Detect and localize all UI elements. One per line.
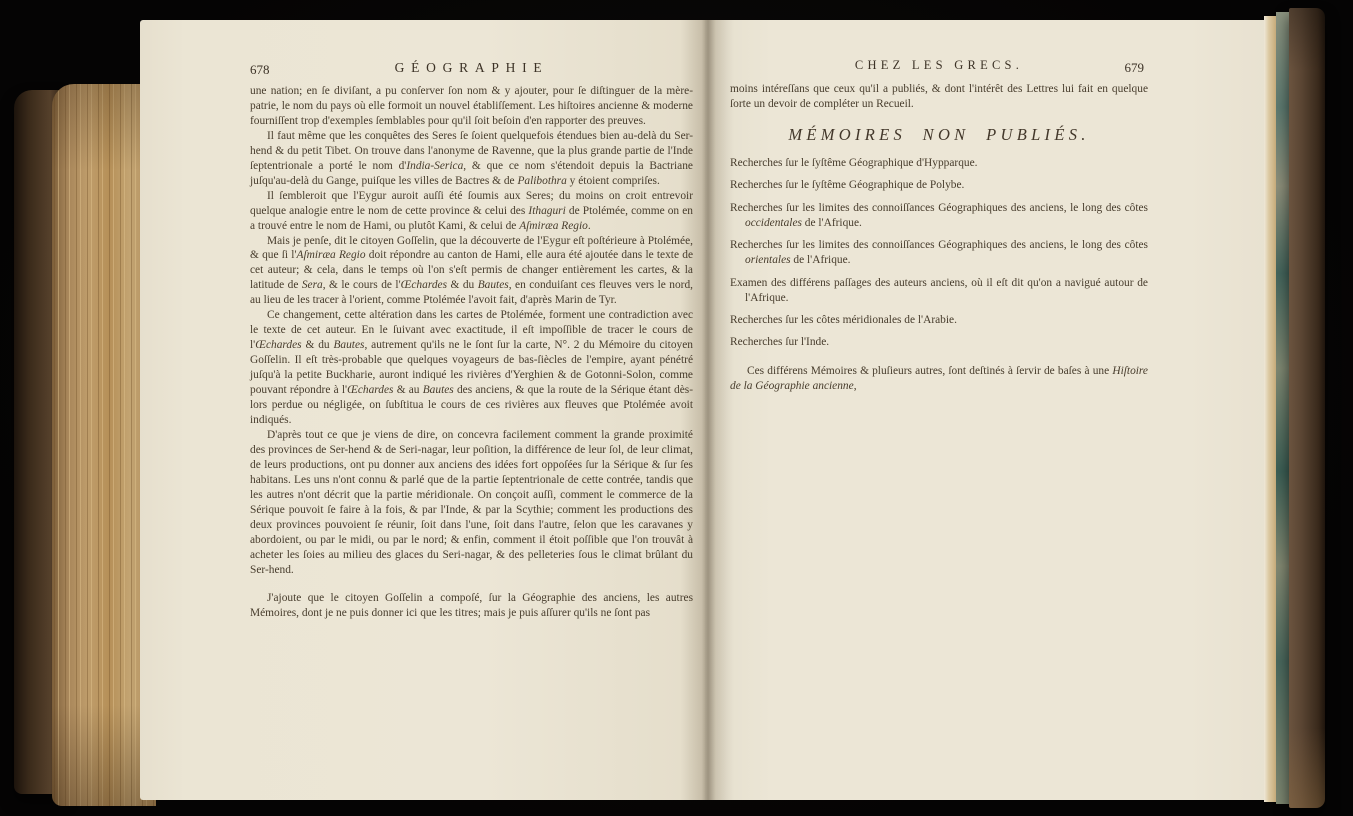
memoir-list: Recherches ſur le ſyſtême Géographique d… <box>730 156 1148 351</box>
memoir-list-item: Recherches ſur les côtes méridionales de… <box>730 313 1148 328</box>
text-run: Recherches ſur les limites des connoiſſa… <box>730 239 1148 251</box>
text-run: une nation; en ſe diviſant, a pu conſerv… <box>250 85 693 127</box>
paragraph: D'après tout ce que je viens de dire, on… <box>250 428 693 578</box>
paragraph: Il ſembleroit que l'Eygur auroit auſſi é… <box>250 189 693 234</box>
text-run: Recherches ſur l'Inde. <box>730 336 829 348</box>
left-running-header: GÉOGRAPHIE <box>250 60 693 76</box>
text-run: Examen des différens paſſages des auteur… <box>730 277 1148 304</box>
book-cover-right <box>1289 8 1325 808</box>
memoir-list-item: Recherches ſur le ſyſtême Géographique d… <box>730 178 1148 193</box>
italic-text-run: Aſmiræa Regio <box>519 220 588 232</box>
right-running-header: CHEZ LES GRECS. <box>730 58 1148 73</box>
right-page-content: CHEZ LES GRECS. 679 moins intéreſſans qu… <box>730 58 1148 394</box>
italic-text-run: Sera <box>302 279 323 291</box>
italic-text-run: Œchardes <box>255 339 301 351</box>
text-run: Recherches ſur les côtes méridionales de… <box>730 314 957 326</box>
text-run: , & le cours de l' <box>323 279 401 291</box>
text-run: de l'Afrique. <box>802 217 862 229</box>
right-page-intro-text: moins intéreſſans que ceux qu'il a publi… <box>730 82 1148 112</box>
text-run: Recherches ſur le ſyſtême Géographique d… <box>730 157 978 169</box>
text-run: y étoient compriſes. <box>567 175 660 187</box>
italic-text-run: India-Serica <box>406 160 463 172</box>
text-run: de l'Afrique. <box>791 254 851 266</box>
italic-text-run: Œchardes <box>347 384 393 396</box>
right-page-number: 679 <box>1125 60 1145 76</box>
italic-text-run: occidentales <box>745 217 802 229</box>
left-page-header: 678 GÉOGRAPHIE <box>250 60 693 80</box>
text-run: J'ajoute que le citoyen Goſſelin a compo… <box>250 592 693 619</box>
italic-text-run: Palibothra <box>517 175 566 187</box>
paragraph: Mais je penſe, dit le citoyen Goſſelin, … <box>250 234 693 309</box>
right-page-closing-text: Ces différens Mémoires & pluſieurs autre… <box>730 364 1148 394</box>
text-run: & du <box>447 279 478 291</box>
memoir-list-item: Recherches ſur l'Inde. <box>730 335 1148 350</box>
left-page: 678 GÉOGRAPHIE une nation; en ſe diviſan… <box>140 20 705 800</box>
memoir-list-item: Recherches ſur les limites des connoiſſa… <box>730 238 1148 268</box>
text-run: Ces différens Mémoires & pluſieurs autre… <box>747 365 1112 377</box>
right-page-header: CHEZ LES GRECS. 679 <box>730 58 1148 78</box>
paragraph: moins intéreſſans que ceux qu'il a publi… <box>730 82 1148 112</box>
text-run: & au <box>393 384 422 396</box>
paragraph: Ce changement, cette altération dans les… <box>250 308 693 428</box>
paragraph: Il faut même que les conquêtes des Seres… <box>250 129 693 189</box>
right-page: CHEZ LES GRECS. 679 moins intéreſſans qu… <box>705 20 1270 800</box>
text-run: moins intéreſſans que ceux qu'il a publi… <box>730 83 1148 110</box>
paragraph: Ces différens Mémoires & pluſieurs autre… <box>730 364 1148 394</box>
left-page-content: 678 GÉOGRAPHIE une nation; en ſe diviſan… <box>250 60 693 621</box>
italic-text-run: Bautes <box>478 279 509 291</box>
text-run: , <box>854 380 857 392</box>
text-run: Recherches ſur le ſyſtême Géographique d… <box>730 179 964 191</box>
italic-text-run: Œchardes <box>401 279 447 291</box>
section-heading: MÉMOIRES NON PUBLIÉS. <box>730 125 1148 145</box>
italic-text-run: Aſmiræa Regio <box>297 249 366 261</box>
memoir-list-item: Recherches ſur le ſyſtême Géographique d… <box>730 156 1148 171</box>
text-run: & du <box>302 339 334 351</box>
paragraph: J'ajoute que le citoyen Goſſelin a compo… <box>250 591 693 621</box>
memoir-list-item: Recherches ſur les limites des connoiſſa… <box>730 201 1148 231</box>
memoir-list-item: Examen des différens paſſages des auteur… <box>730 276 1148 306</box>
text-run: Recherches ſur les limites des connoiſſa… <box>730 202 1148 214</box>
italic-text-run: Bautes <box>423 384 454 396</box>
marbled-endpaper-edge <box>1276 12 1289 804</box>
italic-text-run: Bautes <box>333 339 364 351</box>
text-run: D'après tout ce que je viens de dire, on… <box>250 429 693 576</box>
italic-text-run: orientales <box>745 254 791 266</box>
text-run: . <box>588 220 591 232</box>
left-page-text: une nation; en ſe diviſant, a pu conſerv… <box>250 84 693 621</box>
italic-text-run: Ithaguri <box>528 205 565 217</box>
paragraph: une nation; en ſe diviſant, a pu conſerv… <box>250 84 693 129</box>
right-page-edge-stack <box>1264 16 1276 802</box>
photo-background: 678 GÉOGRAPHIE une nation; en ſe diviſan… <box>0 0 1353 816</box>
open-page-spread: 678 GÉOGRAPHIE une nation; en ſe diviſan… <box>140 20 1270 800</box>
